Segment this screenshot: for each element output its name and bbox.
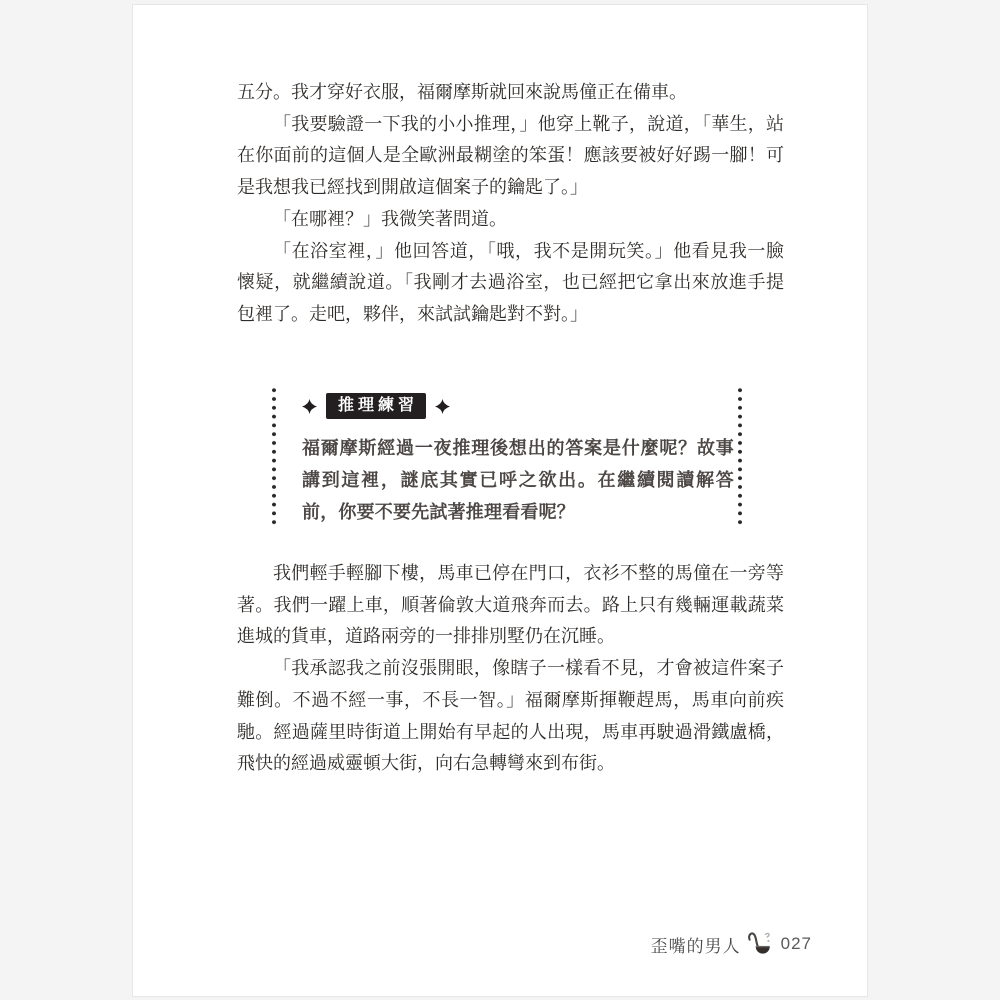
book-page: 五分。我才穿好衣服，福爾摩斯就回來說馬僮正在備車。 「我要驗證一下我的小小推理，… xyxy=(132,4,868,997)
body-paragraph: 我們輕手輕腳下樓，馬車已停在門口，衣衫不整的馬僮在一旁等著。我們一躍上車，順著倫… xyxy=(237,558,784,653)
reasoning-practice-badge: 推理練習 xyxy=(326,393,426,419)
page-footer: 歪嘴的男人 027 xyxy=(651,927,812,961)
sparkle-icon xyxy=(435,399,450,414)
body-paragraph: 「我承認我之前沒張開眼，像瞎子一樣看不見，才會被這件案子難倒。不過不經一事，不長… xyxy=(237,653,784,780)
screenshot-stage: 五分。我才穿好衣服，福爾摩斯就回來說馬僮正在備車。 「我要驗證一下我的小小推理，… xyxy=(0,0,1000,1000)
page-number: 027 xyxy=(781,934,812,954)
body-paragraph: 「在哪裡？」我微笑著問道。 xyxy=(237,204,784,236)
body-paragraph: 五分。我才穿好衣服，福爾摩斯就回來說馬僮正在備車。 xyxy=(237,77,784,109)
body-paragraph: 「我要驗證一下我的小小推理，」他穿上靴子，說道，「華生，站在你面前的這個人是全歐… xyxy=(237,109,784,204)
dotted-border-right xyxy=(738,388,742,528)
sparkle-icon xyxy=(302,399,317,414)
pipe-icon xyxy=(747,929,775,959)
reasoning-practice-box: 推理練習 福爾摩斯經過一夜推理後想出的答案是什麼呢？故事講到這裡，謎底其實已呼之… xyxy=(272,386,742,530)
reasoning-practice-header: 推理練習 xyxy=(302,392,734,420)
body-text-bottom: 我們輕手輕腳下樓，馬車已停在門口，衣衫不整的馬僮在一旁等著。我們一躍上車，順著倫… xyxy=(237,558,784,780)
dotted-border-left xyxy=(272,388,276,528)
chapter-title: 歪嘴的男人 xyxy=(651,932,741,957)
body-text-top: 五分。我才穿好衣服，福爾摩斯就回來說馬僮正在備車。 「我要驗證一下我的小小推理，… xyxy=(237,77,784,331)
reasoning-practice-text: 福爾摩斯經過一夜推理後想出的答案是什麼呢？故事講到這裡，謎底其實已呼之欲出。在繼… xyxy=(302,432,734,528)
body-paragraph: 「在浴室裡，」他回答道，「哦，我不是開玩笑。」他看見我一臉懷疑，就繼續說道。「我… xyxy=(237,236,784,331)
